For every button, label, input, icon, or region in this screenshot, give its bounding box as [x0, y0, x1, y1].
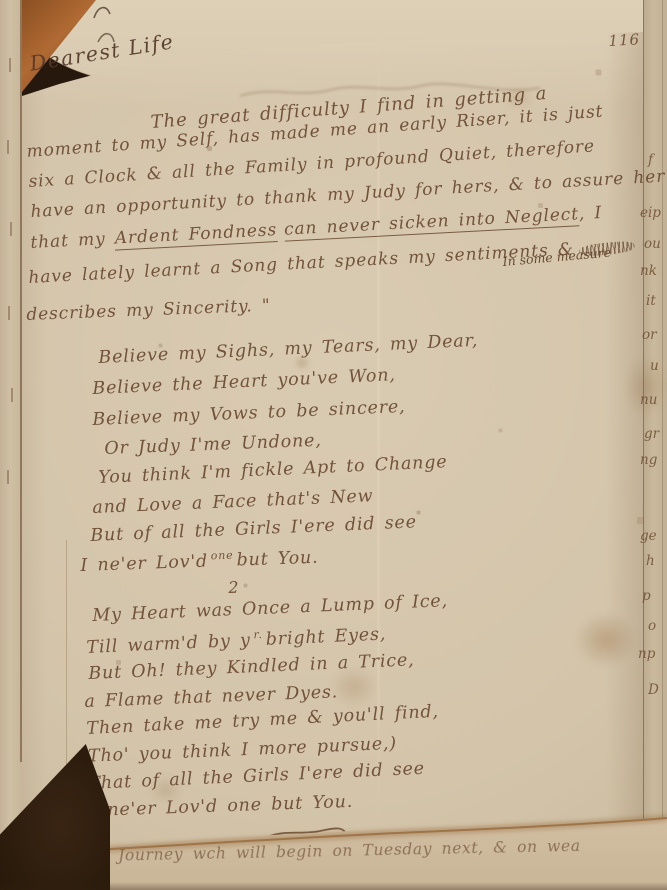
body-text: , I	[578, 203, 602, 224]
binding-gutter	[0, 0, 22, 890]
song-text: but You.	[236, 548, 319, 571]
bottom-shadow	[0, 882, 667, 890]
stitch-mark	[10, 222, 12, 236]
edge-text-fragment: ou	[644, 236, 661, 252]
stitch-mark	[9, 58, 11, 72]
edge-text-fragment: f	[648, 152, 653, 168]
stitch-mark	[8, 306, 10, 320]
edge-text-fragment: np	[638, 646, 655, 662]
edge-text-fragment: nk	[640, 263, 657, 279]
paper-freckles	[0, 0, 1, 1]
edge-text-fragment: ge	[640, 528, 657, 544]
edge-text-fragment: ng	[640, 452, 657, 468]
stitch-mark	[7, 470, 9, 484]
edge-text-fragment: it	[646, 293, 656, 309]
manuscript-photo: 116 Dearest Life The great difficulty I …	[0, 0, 667, 890]
edge-text-fragment: u	[650, 358, 659, 374]
facing-page-edge	[643, 0, 667, 890]
stain	[624, 356, 666, 418]
edge-text-fragment: h	[646, 553, 655, 569]
edge-text-fragment: eip	[640, 205, 661, 221]
edge-text-fragment: nu	[640, 392, 657, 408]
stitch-mark	[7, 140, 9, 154]
edge-text-fragment: o	[648, 618, 656, 634]
page-number: 116	[608, 30, 641, 50]
superscript-insertion: one	[211, 549, 234, 563]
edge-text-fragment: or	[642, 327, 657, 343]
stain	[575, 612, 637, 668]
edge-text-fragment: gr	[644, 426, 659, 442]
stanza-number: 2	[228, 578, 239, 597]
facing-page-line	[662, 0, 663, 890]
stitch-mark	[11, 388, 13, 402]
edge-text-fragment: D	[648, 682, 659, 698]
page-edge-line	[20, 0, 22, 762]
edge-text-fragment: p	[642, 588, 651, 604]
superscript-r: r.	[253, 628, 263, 641]
